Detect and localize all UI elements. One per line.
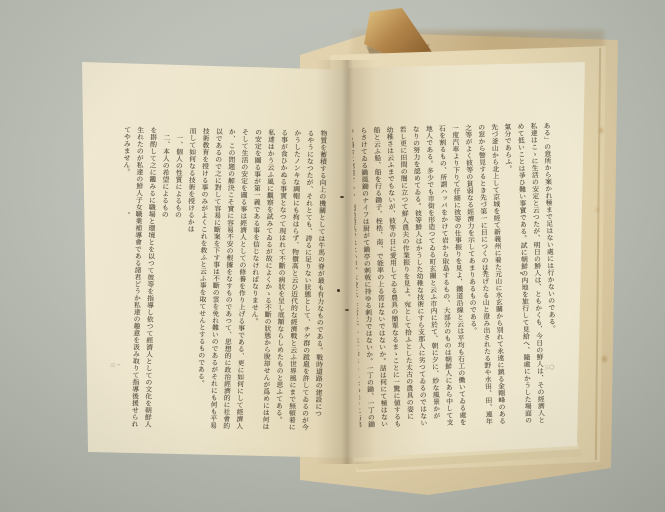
right-page-text: ある」の意所から案かれ極まで足はない處には行かないのである。私達はこゝに生活の安… <box>352 122 560 451</box>
paper-speck <box>520 272 522 274</box>
paper-speck <box>458 180 460 181</box>
photo-scene: 物質を蓄積する向上の機關としては牛馬の脊が最も有力なものである。戰時道路の建設に… <box>0 0 665 512</box>
staple-mark <box>345 309 349 311</box>
right-page-number: 三〇 <box>544 364 555 371</box>
foxing-spot <box>596 208 599 212</box>
paper-speck <box>484 270 486 272</box>
staple-mark <box>337 289 340 292</box>
left-page-text: 物質を蓄積する向上の機關としては牛馬の脊が最も有力なものである。戰時道路の建設に… <box>109 126 329 452</box>
foxing-spot <box>599 128 603 133</box>
staple-mark <box>340 196 344 198</box>
foxing-spot <box>602 356 607 362</box>
right-page: ある」の意所から案かれ極まで足はない處には行かないのである。私達はこゝに生活の安… <box>344 60 590 462</box>
left-page: 物質を蓄積する向上の機關としては牛馬の脊が最も有力なものである。戰時道路の建設に… <box>82 62 354 464</box>
paper-speck <box>128 212 130 214</box>
left-page-number: 三一 <box>110 362 121 369</box>
